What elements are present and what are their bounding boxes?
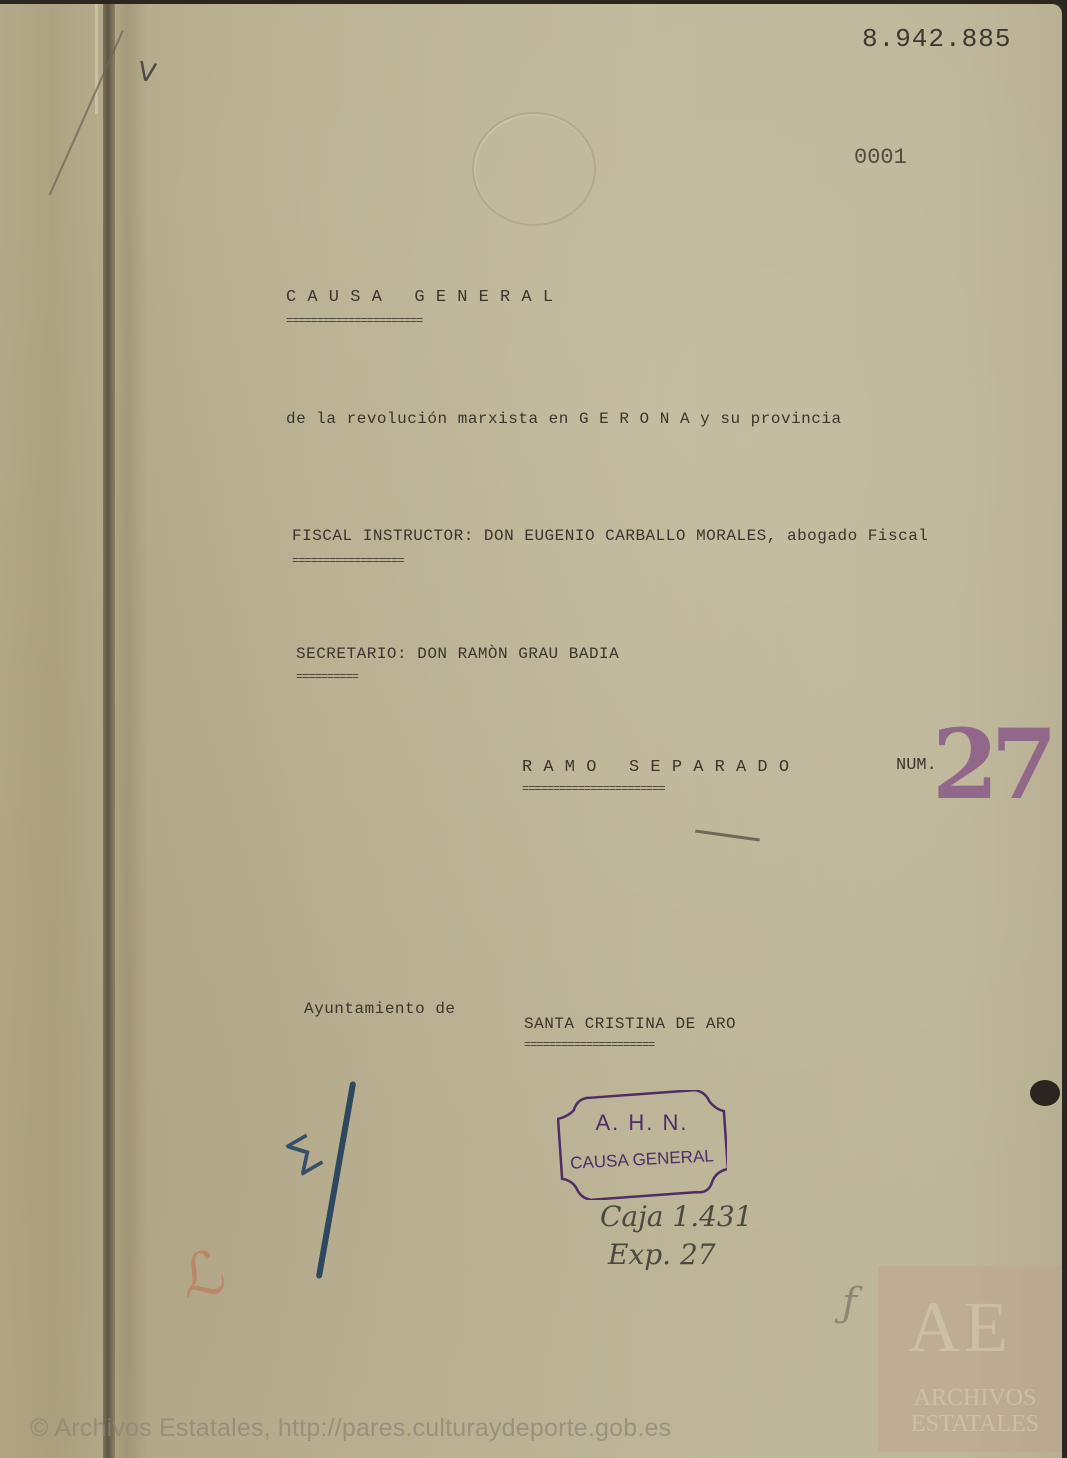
reference-number: 8.942.885 <box>862 24 1011 54</box>
watermark-line-2: ESTATALES <box>890 1411 1060 1437</box>
secretario-line: SECRETARIO: DON RAMÒN GRAU BADIA <box>296 645 619 663</box>
ramo-separado-underline: ======================= <box>522 782 665 796</box>
num-stamp: 27 <box>932 708 1050 821</box>
watermark-ae-letters: AE <box>908 1286 1012 1369</box>
document-title: C A U S A G E N E R A L <box>286 288 554 307</box>
stamp-title: A. H. N. <box>557 1110 727 1136</box>
ink-blot <box>1030 1080 1060 1106</box>
ahn-causa-general-stamp: A. H. N. CAUSA GENERAL <box>557 1090 727 1200</box>
fiscal-instructor-line: FISCAL INSTRUCTOR: DON EUGENIO CARBALLO … <box>292 527 928 545</box>
spine-fold <box>103 4 115 1458</box>
spine-crease <box>95 4 98 114</box>
embossed-seal-icon <box>472 112 596 226</box>
ayuntamiento-underline: ===================== <box>524 1038 654 1052</box>
handwritten-expediente: Exp. 27 <box>608 1238 716 1271</box>
pencil-scrawl: ƒ <box>842 1280 857 1326</box>
ayuntamiento-name: SANTA CRISTINA DE ARO <box>524 1015 736 1033</box>
copyright-watermark: © Archivos Estatales, http://pares.cultu… <box>30 1414 671 1443</box>
fiscal-instructor-underline: ================== <box>292 554 404 568</box>
handwritten-caja: Caja 1.431 <box>600 1200 753 1233</box>
ramo-separado-label: R A M O S E P A R A D O <box>522 758 790 777</box>
document-subtitle: de la revolución marxista en G E R O N A… <box>286 410 842 428</box>
watermark-archivos-text: ARCHIVOS ESTATALES <box>890 1385 1060 1437</box>
stamp-frame-icon <box>557 1090 727 1200</box>
ayuntamiento-label: Ayuntamiento de <box>304 1000 456 1018</box>
watermark-line-1: ARCHIVOS <box>890 1385 1060 1411</box>
folio-number: 0001 <box>854 145 907 170</box>
title-underline: ====================== <box>286 314 422 328</box>
secretario-underline: ========== <box>296 670 358 684</box>
num-label: NUM. <box>896 756 937 775</box>
